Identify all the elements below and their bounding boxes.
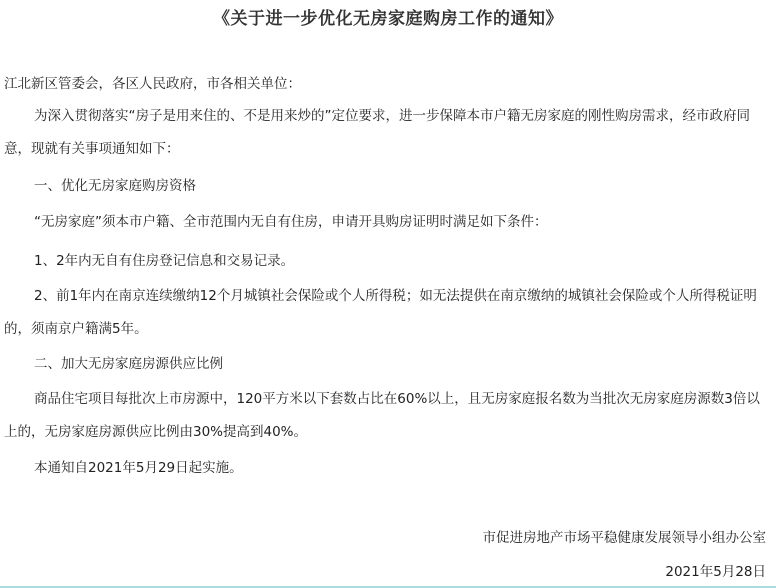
section1-definition: “无房家庭”须本市户籍、全市范围内无自有住房，申请开具购房证明时满足如下条件： [4,206,772,239]
issuer: 市促进房地产市场平稳健康发展领导小组办公室 [483,522,767,555]
section1-item-1: 1、2年内无自有住房登记信息和交易记录。 [4,245,772,278]
section2-heading: 二、加大无房家庭房源供应比例 [4,348,772,381]
salutation: 江北新区管委会，各区人民政府，市各相关单位： [4,68,772,101]
effective-date-statement: 本通知自2021年5月29日起实施。 [4,452,772,485]
section1-item-2: 2、前1年内在南京连续缴纳12个月城镇社会保险或个人所得税；如无法提供在南京缴纳… [4,280,772,346]
intro-paragraph: 为深入贯彻落实“房子是用来住的、不是用来炒的”定位要求，进一步保障本市户籍无房家… [4,100,772,166]
issue-date: 2021年5月28日 [665,556,766,588]
section1-heading: 一、优化无房家庭购房资格 [4,170,772,203]
section2-body: 商品住宅项目每批次上市房源中，120平方米以下套数占比在60%以上，且无房家庭报… [4,383,772,449]
document-title: 《关于进一步优化无房家庭购房工作的通知》 [0,4,776,29]
